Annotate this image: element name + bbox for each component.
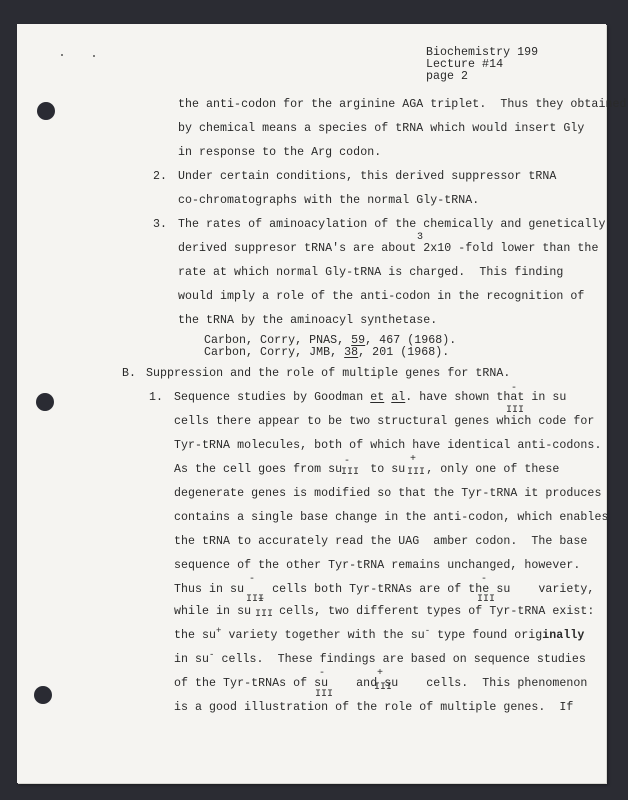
speck-mark: [61, 54, 63, 56]
reference: Carbon, Corry, JMB, 38, 201 (1968).: [204, 346, 449, 359]
minus-superscript: -: [209, 650, 214, 660]
minus-superscript: -: [249, 575, 255, 585]
body-line: rate at which normal Gly-tRNA is charged…: [178, 266, 563, 280]
text-segment: in su: [174, 653, 209, 666]
body-line: in response to the Arg codon.: [178, 146, 381, 160]
text-segment: , only one of these: [426, 463, 559, 476]
body-line: degenerate genes is modified so that the…: [174, 487, 601, 501]
body-line: Sequence studies by Goodman et al. have …: [174, 391, 566, 405]
body-line: derived suppresor tRNA's are about 2x10 …: [178, 242, 598, 256]
plus-superscript: +: [410, 455, 416, 465]
body-line: while in su cells, two different types o…: [174, 605, 594, 619]
body-line: cells there appear to be two structural …: [174, 415, 594, 429]
text-segment: variety,: [531, 583, 594, 596]
body-line: would imply a role of the anti-codon in …: [178, 290, 584, 304]
text-segment: As the cell goes from su: [174, 463, 342, 476]
roman-subscript: III: [407, 468, 425, 478]
roman-subscript: III: [374, 683, 392, 693]
minus-superscript: -: [319, 669, 325, 679]
text-segment: cells, two different types of Tyr-tRNA e…: [272, 605, 594, 618]
roman-subscript: III: [341, 468, 359, 478]
minus-superscript: -: [344, 457, 350, 467]
body-line: in su- cells. These findings are based o…: [174, 653, 586, 667]
body-line: co-chromatographs with the normal Gly-tR…: [178, 194, 479, 208]
body-line: Under certain conditions, this derived s…: [178, 170, 556, 184]
body-line: by chemical means a species of tRNA whic…: [178, 122, 584, 136]
minus-superscript: -: [425, 626, 430, 636]
item-number: 1.: [149, 391, 163, 405]
al-underlined: al: [391, 391, 405, 404]
minus-superscript: -: [511, 384, 517, 394]
body-line: is a good illustration of the role of mu…: [174, 701, 573, 715]
plus-superscript: +: [258, 596, 264, 606]
text-segment: . have shown that in su: [405, 391, 566, 404]
text-segment: -fold lower than the: [451, 242, 598, 255]
body-line: the su+ variety together with the su- ty…: [174, 629, 584, 643]
text-segment: the su: [174, 629, 216, 642]
item-number: 2.: [153, 170, 167, 184]
section-letter: B.: [122, 367, 136, 381]
text-segment: while in su: [174, 605, 251, 618]
text-segment: Carbon, Corry, JMB,: [204, 346, 344, 359]
body-line: Tyr-tRNA molecules, both of which have i…: [174, 439, 601, 453]
punch-hole-top: [37, 102, 55, 120]
body-line: the tRNA to accurately read the UAG ambe…: [174, 535, 587, 549]
punch-hole-middle: [36, 393, 54, 411]
body-line: the tRNA by the aminoacyl synthetase.: [178, 314, 437, 328]
text-segment: cells. This phenomenon: [419, 677, 587, 690]
body-line: sequence of the other Tyr-tRNA remains u…: [174, 559, 580, 573]
text-segment: inally: [542, 629, 584, 642]
plus-superscript: +: [216, 626, 221, 636]
section-title: Suppression and the role of multiple gen…: [146, 367, 510, 381]
header-page: page 2: [426, 70, 468, 84]
body-line: As the cell goes from su to su, only one…: [174, 463, 559, 477]
text-segment: type found orig: [430, 629, 542, 642]
text-segment: to su: [363, 463, 405, 476]
speck-mark: [93, 55, 95, 57]
text-segment: derived suppresor tRNA's are about 2x10: [178, 242, 451, 255]
item-number: 3.: [153, 218, 167, 232]
roman-subscript: III: [477, 595, 495, 605]
et-underlined: et: [370, 391, 384, 404]
roman-subscript: III: [255, 610, 273, 620]
text-segment: , 201 (1968).: [358, 346, 449, 359]
document-page: Biochemistry 199 Lecture #14 page 2 the …: [17, 24, 606, 783]
text-segment: Sequence studies by Goodman: [174, 391, 370, 404]
text-segment: cells. These findings are based on seque…: [215, 653, 586, 666]
volume: 38: [344, 346, 358, 359]
body-line: the anti-codon for the arginine AGA trip…: [178, 98, 626, 112]
body-line: The rates of aminoacylation of the chemi…: [178, 218, 605, 232]
body-line: contains a single base change in the ant…: [174, 511, 608, 525]
text-segment: Thus in su: [174, 583, 244, 596]
roman-subscript: III: [315, 690, 333, 700]
text-segment: of the Tyr-tRNAs of su: [174, 677, 328, 690]
plus-superscript: +: [377, 669, 383, 679]
punch-hole-bottom: [34, 686, 52, 704]
text-segment: variety together with the su: [222, 629, 425, 642]
text-segment: cells both Tyr-tRNAs are of the su: [265, 583, 510, 596]
minus-superscript: -: [481, 575, 487, 585]
body-line: Thus in su cells both Tyr-tRNAs are of t…: [174, 583, 594, 597]
